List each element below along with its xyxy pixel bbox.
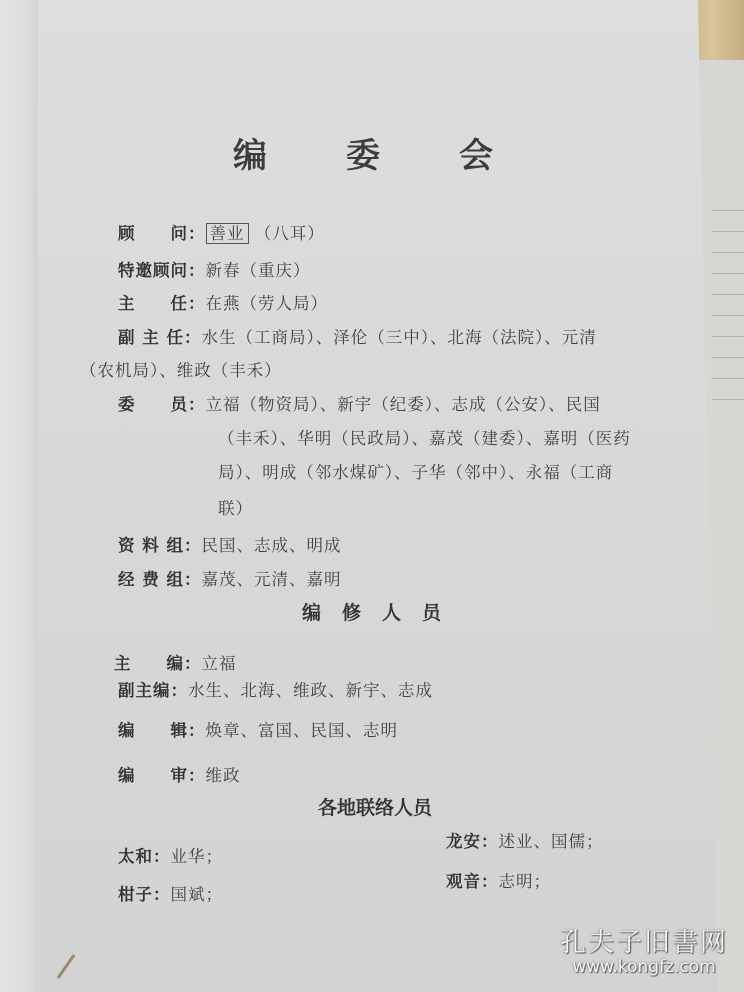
deputy-director-label: 副 主 任： xyxy=(118,328,202,347)
deputy-editors-value: 水生、北海、维政、新宇、志成 xyxy=(188,681,433,700)
special-advisor-row: 特邀顾问：新春（重庆） xyxy=(118,257,311,281)
members-row: 委 员：立福（物资局）、新宇（纪委）、志成（公安）、民国 xyxy=(118,391,601,415)
liaison-location: 柑子： xyxy=(118,885,171,904)
editors-value: 焕章、富国、民国、志明 xyxy=(206,721,399,740)
liaison-names: 志明； xyxy=(499,872,552,891)
liaison-location: 龙安： xyxy=(446,832,499,851)
liaison-location: 观音： xyxy=(446,872,499,891)
funding-group-row: 经 费 组：嘉茂、元清、嘉明 xyxy=(118,566,342,590)
editors-section-heading: 编 修 人 员 xyxy=(302,598,442,625)
watermark-site-name: 孔夫子旧書网 xyxy=(560,922,728,959)
liaison-names: 国斌； xyxy=(171,885,224,904)
materials-group-value: 民国、志成、明成 xyxy=(202,536,342,555)
members-line: （丰禾）、华明（民政局）、嘉茂（建委）、嘉明（医药 xyxy=(218,425,631,449)
deputy-director-row-cont: （农机局）、维政（丰禾） xyxy=(80,357,282,381)
members-line: 立福（物资局）、新宇（纪委）、志成（公安）、民国 xyxy=(206,395,601,414)
materials-group-label: 资 料 组： xyxy=(118,536,202,555)
funding-group-label: 经 费 组： xyxy=(118,570,202,589)
liaison-names: 述业、国儒； xyxy=(499,832,604,851)
reviewer-row: 编 审：维政 xyxy=(118,762,241,786)
reviewer-value: 维政 xyxy=(206,766,241,785)
deputy-editors-row: 副主编：水生、北海、维政、新宇、志成 xyxy=(118,677,433,701)
chief-editor-row: 主 编：立福 xyxy=(114,650,237,674)
watermark-url: www.kongfz.com xyxy=(560,957,728,977)
funding-group-value: 嘉茂、元清、嘉明 xyxy=(202,570,342,589)
page-title: 编 委 会 xyxy=(233,128,493,177)
liaison-names: 业华； xyxy=(171,847,224,866)
title-char: 会 xyxy=(459,128,493,177)
special-advisor-label: 特邀顾问： xyxy=(118,261,206,280)
underlying-page-lines xyxy=(712,190,744,420)
members-label: 委 员： xyxy=(118,395,206,414)
reviewer-label: 编 审： xyxy=(118,766,206,785)
deputy-director-line1: 水生（工商局）、泽伦（三中）、北海（法院）、元清 xyxy=(202,328,597,347)
chief-editor-label: 主 编： xyxy=(114,654,202,673)
materials-group-row: 资 料 组：民国、志成、明成 xyxy=(118,532,342,556)
watermark: 孔夫子旧書网 www.kongfz.com xyxy=(560,922,728,977)
director-value: 在燕（劳人局） xyxy=(206,294,329,313)
liaison-item: 太和：业华； xyxy=(118,843,223,867)
deputy-director-line2: （农机局）、维政（丰禾） xyxy=(80,361,282,380)
title-char: 委 xyxy=(346,128,380,177)
title-char: 编 xyxy=(233,128,267,177)
members-line: 局）、明成（邻水煤矿）、子华（邻中）、永福（工商 xyxy=(218,459,613,483)
advisor-name-boxed: 善业 xyxy=(206,223,249,244)
director-row: 主 任：在燕（劳人局） xyxy=(118,290,328,314)
liaison-location: 太和： xyxy=(118,847,171,866)
editors-row: 编 辑：焕章、富国、民国、志明 xyxy=(118,717,398,741)
director-label: 主 任： xyxy=(118,294,206,313)
liaison-item: 龙安：述业、国儒； xyxy=(446,828,604,852)
liaison-section-heading: 各地联络人员 xyxy=(318,793,432,820)
deputy-editors-label: 副主编： xyxy=(118,681,188,700)
special-advisor-value: 新春（重庆） xyxy=(206,261,311,280)
advisor-row: 顾 问：善业 （八耳） xyxy=(118,220,325,244)
advisor-label: 顾 问： xyxy=(118,224,206,243)
left-page-fold xyxy=(0,0,40,992)
members-line: 联） xyxy=(218,495,253,519)
liaison-item: 柑子：国斌； xyxy=(118,881,223,905)
chief-editor-value: 立福 xyxy=(202,654,237,673)
deputy-director-row: 副 主 任：水生（工商局）、泽伦（三中）、北海（法院）、元清 xyxy=(118,324,597,348)
editors-label: 编 辑： xyxy=(118,721,206,740)
advisor-note: （八耳） xyxy=(255,224,325,243)
liaison-item: 观音：志明； xyxy=(446,868,551,892)
